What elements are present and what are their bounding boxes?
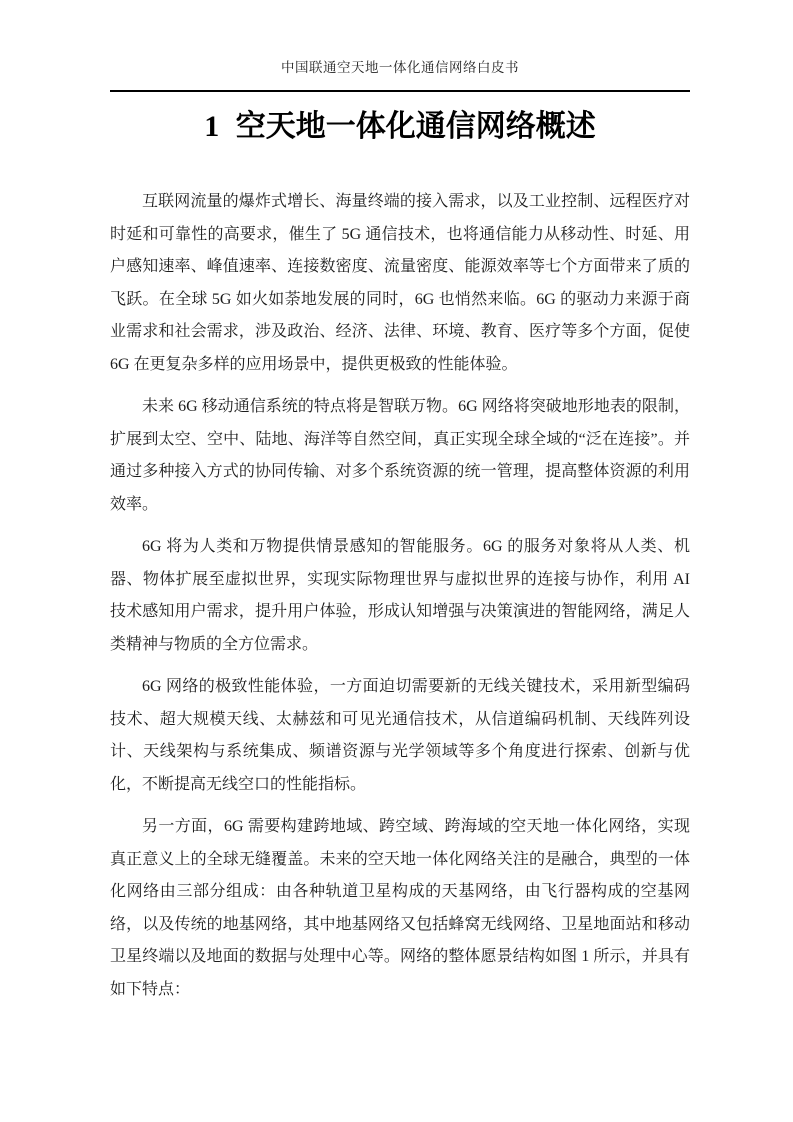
section-title-text: 空天地一体化通信网络概述 <box>236 110 596 143</box>
header-rule <box>110 90 690 92</box>
body-paragraph: 另一方面，6G 需要构建跨地域、跨空域、跨海域的空天地一体化网络，实现真正意义上… <box>110 811 690 1006</box>
body-paragraph: 互联网流量的爆炸式增长、海量终端的接入需求，以及工业控制、远程医疗对时延和可靠性… <box>110 186 690 381</box>
body-paragraph: 未来 6G 移动通信系统的特点将是智联万物。6G 网络将突破地形地表的限制，扩展… <box>110 391 690 521</box>
running-header: 中国联通空天地一体化通信网络白皮书 <box>110 0 690 77</box>
section-number: 1 <box>204 110 219 143</box>
document-page: 中国联通空天地一体化通信网络白皮书 1空天地一体化通信网络概述 互联网流量的爆炸… <box>110 0 690 1122</box>
body-paragraph: 6G 网络的极致性能体验，一方面迫切需要新的无线关键技术，采用新型编码技术、超大… <box>110 671 690 801</box>
body-text: 互联网流量的爆炸式增长、海量终端的接入需求，以及工业控制、远程医疗对时延和可靠性… <box>110 186 690 1006</box>
section-title: 1空天地一体化通信网络概述 <box>110 105 690 149</box>
body-paragraph: 6G 将为人类和万物提供情景感知的智能服务。6G 的服务对象将从人类、机器、物体… <box>110 531 690 661</box>
